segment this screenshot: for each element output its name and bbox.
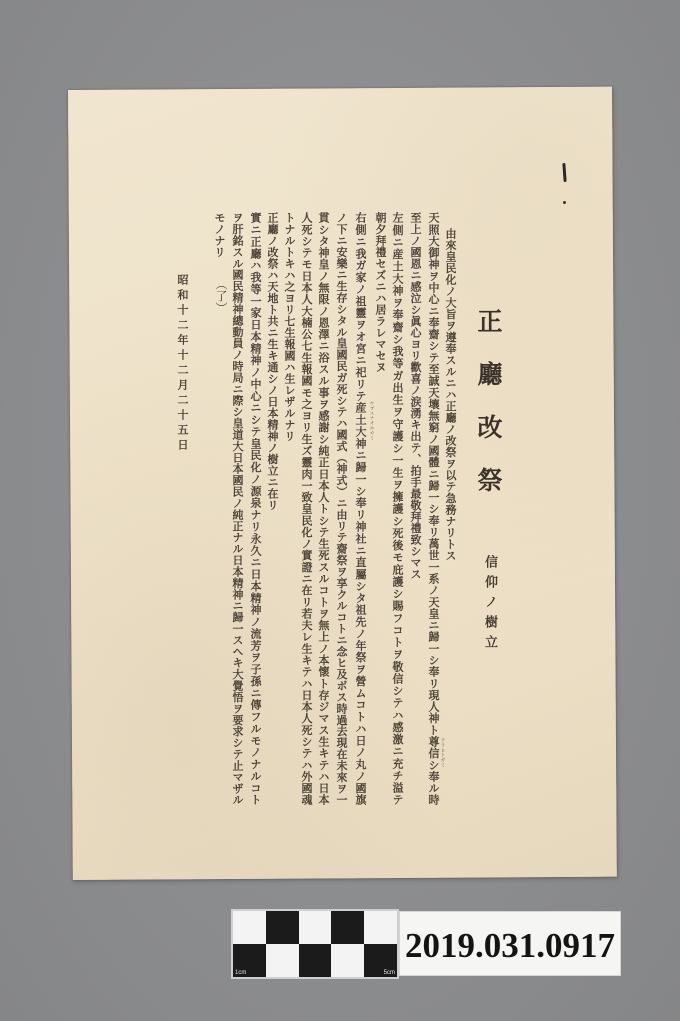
body-column-14: モノナリ xyxy=(212,212,226,258)
body-column-9: 人死シテモ日本人大楠公七生報國モ之ヨリ生ズ靈肉一致皇民化ノ實證ニ在リ若夫レ生キテ… xyxy=(299,212,313,805)
document-subtitle: 信仰ノ樹立 xyxy=(482,555,496,655)
accession-label: 2019.031.0917 xyxy=(400,912,620,975)
closing-mark: （了） xyxy=(214,278,228,314)
scale-cell xyxy=(299,911,332,944)
body-column-6: 右側ニ我ガ家ノ祖靈ヲオ宮ニ祀リテ産土大神ニ歸一シ奉リ神社ニ直屬シタ祖先ノ年祭ヲ營… xyxy=(353,212,367,805)
body-column-2: 天照大御神ヲ中心ニ奉齋シテ至誠天壤無窮ノ國體ニ歸一シ奉リ萬世一系ノ天皇ニ歸一シ奉… xyxy=(426,212,440,805)
scale-cell xyxy=(331,944,364,977)
scale-cell xyxy=(299,944,332,977)
scale-cell xyxy=(364,911,397,944)
scale-cell xyxy=(233,911,266,944)
scale-cell: 1cm xyxy=(233,944,266,977)
body-column-8: 貫シタ神皇ノ無限ノ恩澤ニ浴スル事ヲ感謝シ純正日本人トシテ生死スルコトヲ無上ノ本懷… xyxy=(316,212,330,805)
body-column-10: トナルトキハ之ヨリ七生報國ハ生レザルナリ xyxy=(282,212,296,442)
body-column-5: 朝夕拜禮セズニハ居ラレマセヌ xyxy=(373,212,387,373)
document-date: 昭和十二年十二月二十五日 xyxy=(175,274,189,454)
scale-end-label: 5cm xyxy=(384,970,395,976)
scale-cell xyxy=(331,911,364,944)
body-column-13: ヲ肝銘スル國民精神總動員ノ時局ニ際シ皇道大日本國民ノ純正ナル日本精神ニ歸一スヘキ… xyxy=(230,212,244,805)
body-column-4: 左側ニ産土大神ヲ奉齋シ我等ガ出生ヲ守護シ一生ヲ擁護シ死後モ庇護シ賜フコトヲ敬信シ… xyxy=(390,212,404,805)
body-column-1: 由來皇民化ノ大旨ヲ遵奉スルニハ正廳ノ改祭ヲ以テ急務ナリトス xyxy=(443,228,457,562)
document-title: 正廳改祭 xyxy=(474,308,502,520)
body-column-3: 至上ノ國恩ニ感泣シ眞心ヨリ歡喜ノ涙湧キ出テ、拍手最敬拜禮致シマス xyxy=(408,212,422,580)
accession-number: 2019.031.0917 xyxy=(405,924,615,963)
scale-bar: 1cm 5cm xyxy=(233,911,397,977)
body-column-12: 實ニ正廳ハ我等一家日本精神ノ中心ニシテ皇民化ノ源泉ナリ永久ニ日本精神ノ流芳ヲ子孫… xyxy=(248,212,262,805)
furigana-arahitogami: アラヒトガミ xyxy=(440,738,445,767)
ink-dot xyxy=(563,201,566,204)
furigana-ubusuna-ohokami: ウブスナオホカミ xyxy=(369,401,374,440)
scale-cell xyxy=(266,944,299,977)
body-column-11: 正廳ノ改祭ハ天地ト共ニ生キ通シノ日本精神ノ樹立ニ在リ xyxy=(265,212,279,511)
scale-cell xyxy=(266,911,299,944)
body-column-7: ノ下ニ安樂ニ生存シタル皇國民ガ死シテハ國式（神式）ニ由リテ齋祭ヲ享クルコトニ念ヒ… xyxy=(334,212,348,805)
scale-cell: 5cm xyxy=(364,944,397,977)
scale-start-label: 1cm xyxy=(235,970,246,976)
